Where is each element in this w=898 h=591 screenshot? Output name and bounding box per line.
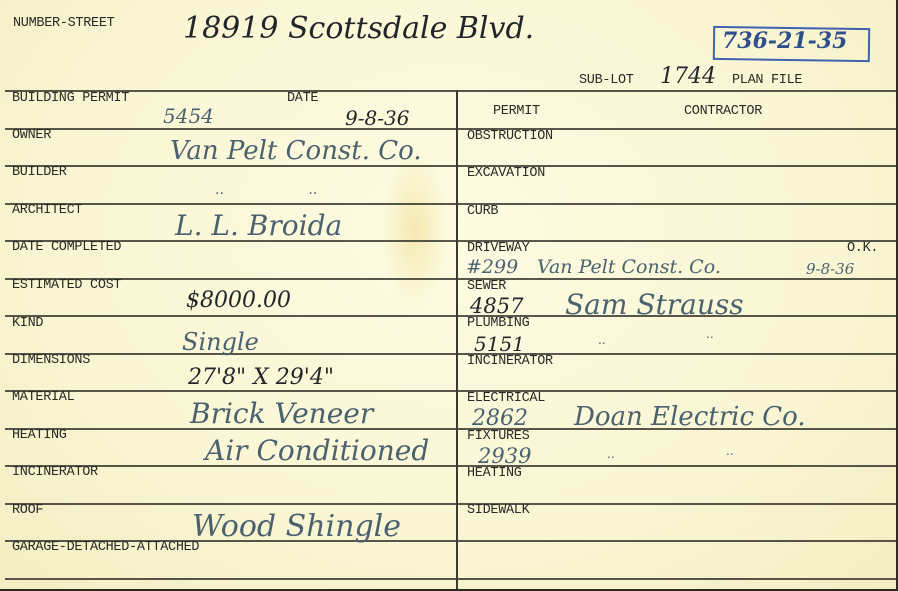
label-garage: GARAGE-DETACHED-ATTACHED — [12, 541, 199, 555]
plan-file-label: PLAN FILE — [732, 74, 802, 88]
sub-lot-label: SUB-LOT — [579, 74, 634, 88]
permit-column-header: PERMIT — [493, 105, 540, 119]
value-material: Brick Veneer — [190, 400, 373, 428]
plumbing-note: .. — [706, 328, 714, 340]
value-building-permit: 5454 — [163, 106, 214, 126]
value-roof: Wood Shingle — [192, 512, 401, 542]
rule-line — [5, 353, 896, 355]
label-plumbing: PLUMBING — [467, 317, 529, 331]
label-electrical: ELECTRICAL — [467, 392, 545, 406]
fixtures-permit: 2939 — [478, 446, 531, 467]
permit-record-card: NUMBER-STREET 18919 Scottsdale Blvd. 736… — [0, 0, 898, 591]
paper-stain — [380, 150, 450, 310]
label-owner: OWNER — [12, 129, 51, 143]
rule-line — [5, 203, 896, 205]
rule-line — [5, 465, 896, 467]
sewer-permit: 4857 — [470, 296, 523, 317]
label-obstruction: OBSTRUCTION — [467, 130, 553, 144]
rule-line — [5, 278, 896, 280]
label-roof: ROOF — [12, 504, 43, 518]
stamp-code: 736-21-35 — [722, 30, 847, 52]
rule-line — [5, 315, 896, 317]
value-builder: .. .. — [215, 183, 317, 197]
rule-line — [5, 128, 896, 130]
label-kind: KIND — [12, 317, 43, 331]
label-architect: ARCHITECT — [12, 204, 82, 218]
electrical-contractor: Doan Electric Co. — [574, 404, 806, 430]
driveway-date: 9-8-36 — [806, 262, 854, 277]
value-dimensions: 27'8" X 29'4" — [188, 367, 334, 389]
label-builder: BUILDER — [12, 166, 67, 180]
rule-line — [5, 390, 896, 392]
label-estimated-cost: ESTIMATED COST — [12, 279, 121, 293]
driveway-status: O.K. — [847, 242, 878, 256]
rule-line — [5, 165, 896, 167]
label-incinerator-right: INCINERATOR — [467, 355, 553, 369]
driveway-permit: #299 — [466, 258, 518, 277]
label-fixtures: FIXTURES — [467, 430, 529, 444]
label-driveway: DRIVEWAY — [467, 242, 529, 256]
label-material: MATERIAL — [12, 391, 74, 405]
number-street-value: 18919 Scottsdale Blvd. — [183, 14, 534, 44]
label-building-permit: BUILDING PERMIT — [12, 92, 129, 106]
rule-line — [5, 240, 896, 242]
label-date: DATE — [287, 92, 318, 106]
label-incinerator: INCINERATOR — [12, 466, 98, 480]
value-architect: L. L. Broida — [175, 212, 342, 240]
fixtures-contractor: .. — [607, 448, 615, 460]
value-date: 9-8-36 — [345, 108, 409, 128]
rule-line — [5, 90, 896, 92]
plumbing-permit: 5151 — [474, 334, 525, 354]
label-sidewalk: SIDEWALK — [467, 504, 529, 518]
number-street-label: NUMBER-STREET — [13, 17, 114, 31]
rule-line — [5, 503, 896, 505]
electrical-permit: 2862 — [472, 408, 528, 430]
plumbing-contractor: .. — [598, 334, 606, 346]
label-dimensions: DIMENSIONS — [12, 354, 90, 368]
rule-line — [5, 578, 896, 580]
value-estimated-cost: $8000.00 — [186, 290, 291, 312]
sub-lot-value: 1744 — [660, 66, 716, 88]
value-owner: Van Pelt Const. Co. — [170, 138, 422, 164]
label-heating-right: HEATING — [467, 467, 522, 481]
sewer-contractor: Sam Strauss — [565, 291, 744, 319]
label-date-completed: DATE COMPLETED — [12, 241, 121, 255]
value-kind: Single — [182, 330, 259, 354]
driveway-contractor: Van Pelt Const. Co. — [537, 258, 721, 277]
label-curb: CURB — [467, 205, 498, 219]
label-sewer: SEWER — [467, 280, 506, 294]
contractor-column-header: CONTRACTOR — [684, 105, 762, 119]
label-excavation: EXCAVATION — [467, 167, 545, 181]
value-heating: Air Conditioned — [205, 437, 429, 465]
label-heating: HEATING — [12, 429, 67, 443]
column-divider — [456, 90, 458, 589]
fixtures-note: .. — [726, 445, 734, 457]
